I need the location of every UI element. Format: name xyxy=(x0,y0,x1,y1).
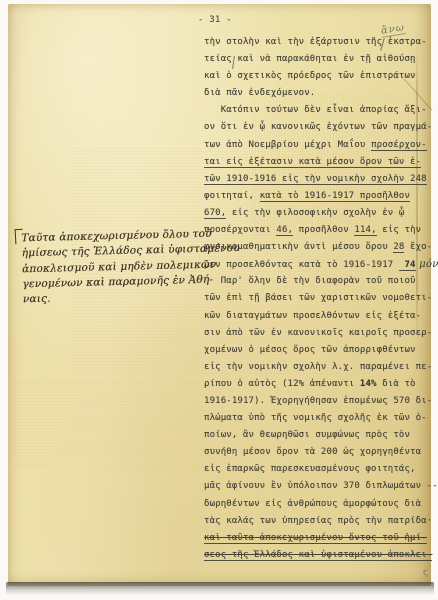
typed-segment: μεν προσελθόντας κατὰ τὸ 1916-1917 xyxy=(204,260,399,270)
typed-line: ρίπου ὁ αὐτὸς (12% ἀπέναντι 14% διὰ τὸ xyxy=(204,376,430,393)
typed-segment: 1916-1917). Ἐχορηγήθησαν ἑπομένως 570 δι… xyxy=(204,396,432,406)
typed-line: εἰς τὴν νομικὴν σχολὴν λ.χ. παραμένει πε… xyxy=(204,359,430,376)
typed-line: Παρ' ὅλην δὲ τὴν διαφορὰν τοῦ ποιοῦ xyxy=(204,273,430,290)
typed-segment: ον ὅτι ἐν ᾧ κανονικῶς ἐχόντων τῶν πραγμά… xyxy=(204,122,432,132)
typed-line: χομένων ὁ μέσος ὅρος τῶν ἀπορριφθέντων xyxy=(204,342,430,359)
typed-segment: προσῆλθον xyxy=(293,225,354,235)
typed-line: φοιτηταί, κατὰ τὸ 1916-1917 προσῆλθον xyxy=(204,188,430,205)
typed-line: μεν προσελθόντας κατὰ τὸ 1916-1917 74 μό… xyxy=(204,256,430,273)
typed-segment: ρίπου ὁ αὐτὸς (12% ἀπέναντι xyxy=(204,379,360,389)
typed-line: Κατόπιν τούτων δὲν εἶναι ἀπορίας ἄξι- xyxy=(204,102,430,119)
typed-segment: τὰς καλάς των ὑπηρεσίας πρὸς τὴν πατρίδα… xyxy=(204,516,432,526)
typed-line: σιν ἀπὸ τῶν ἐν κανονικοῖς καιροῖς προσερ… xyxy=(204,325,430,342)
page-number: - 31 - xyxy=(198,15,232,25)
typed-segment: των ἀπὸ Νοεμβρίου μέχρι Μαΐου xyxy=(204,140,371,150)
typed-segment: σιν ἀπὸ τῶν ἐν κανονικοῖς καιροῖς προσερ… xyxy=(204,328,432,338)
typed-segment: εἰς τὴν νομικὴν σχολὴν λ.χ. παραμένει πε… xyxy=(204,362,432,372)
typed-line: καὶ ταῦτα ἀποκεχωρισμένου ὄντος τοῦ ἡμί- xyxy=(204,530,430,547)
corner-mark: ϛ xyxy=(423,568,428,578)
typed-segment: μᾶς ἀφίνουν ἓν ὑπόλοιπον 370 διπλωμάτων … xyxy=(204,481,438,491)
typed-segment: ποίων, ἂν θεωρηθῶσι συμφώνως πρὸς τὸν xyxy=(204,430,410,440)
typed-segment: σεος τῆς Ἑλλάδος καὶ ὑφισταμένου ἀποκλει… xyxy=(204,550,432,561)
typed-text: τὴν στολὴν καὶ τὴν ἐξάρτυσιν τῆς ἐκστρα-… xyxy=(204,34,430,564)
typed-line: εἰς ἐπαρκῶς παρεσκευασμένους φοιτητάς, xyxy=(204,461,430,478)
typed-line: δωρηθέντων εἰς ἀνθρώπους ἀμορφώτους διὰ xyxy=(204,496,430,513)
typed-segment: τῶν ἐπὶ τῇ βάσει τῶν χαριστικῶν νομοθετι… xyxy=(204,293,432,303)
typed-segment: χομένων ὁ μέσος ὅρος τῶν ἀπορριφθέντων xyxy=(204,345,416,355)
typed-segment: δωρηθέντων εἰς ἀνθρώπους ἀμορφώτους διὰ xyxy=(204,499,421,509)
typed-segment: Παρ' ὅλην δὲ τὴν διαφορὰν τοῦ ποιοῦ xyxy=(204,276,416,286)
scanned-document-photo: - 31 - τὴν στολὴν καὶ τὴν ἐξάρτυσιν τῆς … xyxy=(0,0,438,600)
typed-segment: 14% xyxy=(360,379,377,389)
typed-segment: 670, xyxy=(204,208,226,219)
typed-segment: εἰς τὴν xyxy=(377,225,422,235)
typed-segment: τῶν 1910-1916 εἰς τὴν νομικὴν σχολὴν 248 xyxy=(204,174,427,185)
typed-segment: προσέρχονται xyxy=(204,225,276,235)
typed-segment: καὶ ταῦτα ἀποκεχωρισμένου ὄντος τοῦ ἡμί- xyxy=(204,533,427,544)
typed-segment: κατὰ τὸ 1916-1917 προσῆλθον xyxy=(260,191,410,202)
typed-segment: ἔχο- xyxy=(404,242,432,252)
typed-line: προσέρχονται 46, προσῆλθον 114, εἰς τὴν xyxy=(204,222,430,239)
typed-line: ον ὅτι ἐν ᾧ κανονικῶς ἐχόντων τῶν πραγμά… xyxy=(204,119,430,136)
typed-line: τὴν στολὴν καὶ τὴν ἐξάρτυσιν τῆς ἐκστρα- xyxy=(204,34,430,51)
typed-line: διὰ πᾶν ἐνδεχόμενον. xyxy=(204,85,430,102)
typed-segment: εἰς ἐπαρκῶς παρεσκευασμένους φοιτητάς, xyxy=(204,464,416,474)
typed-line: των ἀπὸ Νοεμβρίου μέχρι Μαΐου προσέρχον- xyxy=(204,137,430,154)
typed-segment: πλώματα ὑπὸ τῆς νομικῆς σχολῆς ἐκ τῶν ὁ- xyxy=(204,413,427,423)
typed-segment: 46, xyxy=(276,225,293,236)
typed-segment: προσέρχον- xyxy=(371,140,427,151)
typed-segment: ται εἰς ἐξέτασιν κατὰ μέσον ὅρον τῶν ἐ- xyxy=(204,157,421,168)
typed-line: ποίων, ἂν θεωρηθῶσι συμφώνως πρὸς τὸν xyxy=(204,427,430,444)
typed-segment: Κατόπιν τούτων δὲν εἶναι ἀπορίας ἄξι- xyxy=(204,105,427,115)
margin-note: Ταῦτα ἀποκεχωρισμένου ὅλου τοῦἡμίσεως τῆ… xyxy=(21,227,211,308)
typed-segment: τὴν στολὴν καὶ τὴν ἐξάρτυσιν τῆς ἐκστρα- xyxy=(204,37,427,47)
handwritten-inline-note: μόνο / xyxy=(416,259,438,270)
typed-line: τῶν 1910-1916 εἰς τὴν νομικὴν σχολὴν 248 xyxy=(204,171,430,188)
typed-segment: διὰ τὸ xyxy=(377,379,416,389)
typed-line: κῶν διαταγμάτων προσελθόντων εἰς ἐξέτα- xyxy=(204,308,430,325)
typed-segment: συνήθη μέσον ὅρον τὰ 200 ὡς χορηγηθέντα xyxy=(204,447,421,457)
typed-segment: καὶ ὁ σχετικὸς πρόεδρος τῶν ἐπιστράτων xyxy=(204,71,416,81)
typed-line: καὶ ὁ σχετικὸς πρόεδρος τῶν ἐπιστράτων xyxy=(204,68,430,85)
typed-segment: 28 xyxy=(393,242,404,253)
typed-line: ται εἰς ἐξέτασιν κατὰ μέσον ὅρον τῶν ἐ- xyxy=(204,154,430,171)
typed-line: 670, εἰς τὴν φιλοσοφικὴν σχολὴν ἐν ᾧ xyxy=(204,205,430,222)
typed-line: τὰς καλάς των ὑπηρεσίας πρὸς τὴν πατρίδα… xyxy=(204,513,430,530)
typed-segment: εἰς τὴν φιλοσοφικὴν σχολὴν ἐν ᾧ xyxy=(226,208,404,218)
typed-segment: κῶν διαταγμάτων προσελθόντων εἰς ἐξέτα- xyxy=(204,311,421,321)
typed-line: σεος τῆς Ἑλλάδος καὶ ὑφισταμένου ἀποκλει… xyxy=(204,547,430,564)
typed-segment: διὰ πᾶν ἐνδεχόμενον. xyxy=(204,88,315,98)
paper-shadow xyxy=(6,582,434,596)
typed-segment: φοιτηταί, xyxy=(204,191,260,201)
typed-segment: τείας καὶ νὰ παρακάθηται ἐν τῇ αἰθούσῃ xyxy=(204,54,416,64)
typed-segment: 74 xyxy=(399,260,416,271)
typed-line: 1916-1917). Ἐχορηγήθησαν ἑπομένως 570 δι… xyxy=(204,393,430,410)
typed-line: μᾶς ἀφίνουν ἓν ὑπόλοιπον 370 διπλωμάτων … xyxy=(204,478,430,495)
typed-line: συνήθη μέσον ὅρον τὰ 200 ὡς χορηγηθέντα xyxy=(204,444,430,461)
typed-line: τῶν ἐπὶ τῇ βάσει τῶν χαριστικῶν νομοθετι… xyxy=(204,290,430,307)
typed-line: τείας καὶ νὰ παρακάθηται ἐν τῇ αἰθούσῃ xyxy=(204,51,430,68)
typed-line: πλώματα ὑπὸ τῆς νομικῆς σχολῆς ἐκ τῶν ὁ- xyxy=(204,410,430,427)
typed-segment: 114, xyxy=(354,225,376,236)
